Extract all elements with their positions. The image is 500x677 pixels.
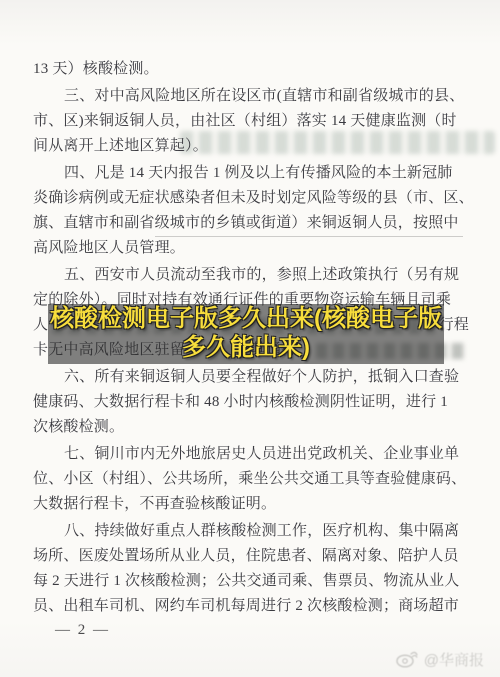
scanned-document-page: 13 天）核酸检测。三、对中高风险地区所在设区市(直辖市和副省级城市的县、市、区… (0, 0, 500, 677)
doc-line: 炎确诊病例或无症状感染者但未及时划定风险等级的县（市、区、 (33, 186, 469, 211)
doc-line: 市、区)来铜返铜人员，由社区（村组）落实 14 天健康监测（时 (33, 109, 469, 134)
doc-line: 八、持续做好重点人群核酸检测工作，医疗机构、集中隔离 (33, 519, 469, 544)
overlay-title-line1: 核酸检测电子版多久出来(核酸电子版 (50, 304, 442, 333)
doc-line: 健康码、大数据行程卡和 48 小时内核酸检测阴性证明，进行 1 (33, 390, 469, 415)
doc-line: 高风险地区人员管理。 (33, 236, 469, 261)
page-root: { "colors": { "paper": "#fbfaf7", "ink":… (0, 0, 500, 677)
title-overlay-band: 核酸检测电子版多久出来(核酸电子版 多久能出来) (48, 304, 444, 364)
doc-line: 场所、医废处置场所从业人员，住院患者、隔离对象、陪护人员 (33, 544, 469, 569)
weibo-icon (395, 650, 419, 668)
doc-line: 次核酸检测。 (33, 415, 469, 440)
doc-line: 员、出租车司机、网约车司机每周进行 2 次核酸检测；商场超市 (33, 594, 469, 619)
doc-line: 四、凡是 14 天内报告 1 例及以上有传播风险的本土新冠肺 (33, 161, 469, 186)
page-number: — 2 — (55, 620, 110, 640)
doc-line: 每 2 天进行 1 次核酸检测；公共交通司乘、售票员、物流从业人 (33, 569, 469, 594)
doc-line: 间从离开上述地区算起）。 (33, 134, 469, 159)
doc-line: 七、铜川市内无外地旅居史人员进出党政机关、企业事业单 (33, 442, 469, 467)
doc-line: 大数据行程卡，不再查验核酸证明。 (33, 492, 469, 517)
weibo-watermark: @华商报 (395, 648, 484, 670)
doc-line: 旗、直辖市和副省级城市的乡镇或街道）来铜返铜人员，按照中 (33, 211, 469, 236)
overlay-title-line2: 多久能出来) (182, 333, 310, 362)
doc-line: 五、西安市人员流动至我市的，参照上述政策执行（另有规 (33, 263, 469, 288)
doc-line: 位、小区（村组）、公共场所，乘坐公共交通工具等查验健康码、 (33, 467, 469, 492)
doc-line: 六、所有来铜返铜人员要全程做好个人防护，抵铜入口查验 (33, 365, 469, 390)
doc-line: 13 天）核酸检测。 (33, 57, 469, 82)
scan-underline-artifact (155, 236, 463, 237)
doc-line-fragment: 人 (33, 313, 48, 338)
watermark-handle: @华商报 (424, 649, 484, 670)
doc-line: 三、对中高风险地区所在设区市(直辖市和副省级城市的县、 (33, 84, 469, 109)
